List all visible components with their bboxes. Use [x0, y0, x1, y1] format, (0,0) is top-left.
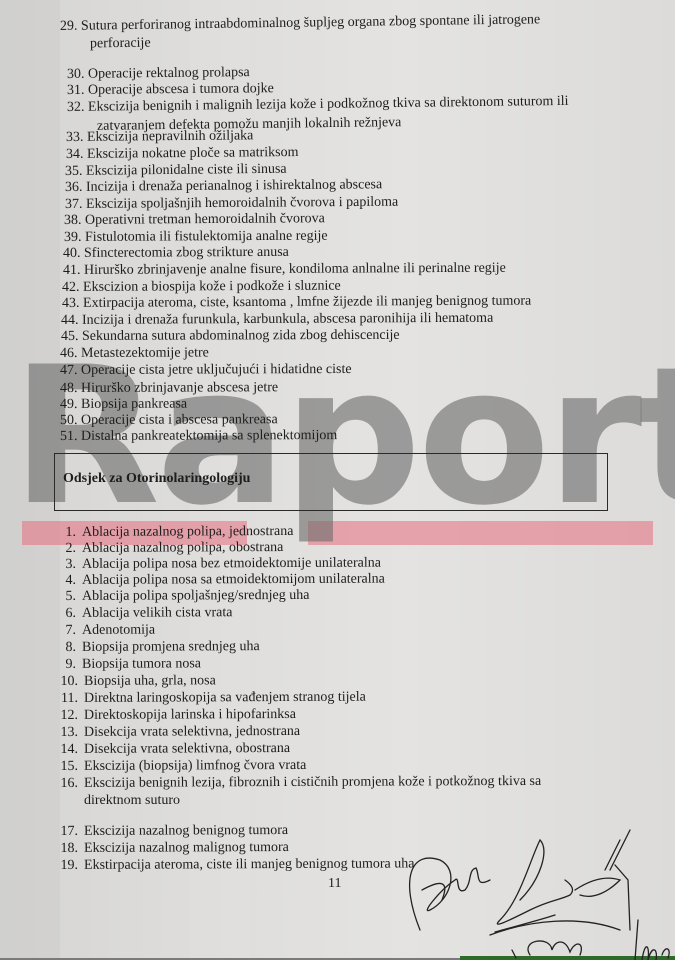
- list-item: 47. Operacije cista jetre uključujući i …: [60, 362, 352, 379]
- item-text: Fistulotomia ili fistulektomija analne r…: [85, 229, 328, 245]
- item-text: Adenotomija: [82, 623, 155, 638]
- item-text: Ekscizija spoljašnjih hemoroidalnih čvor…: [86, 195, 398, 212]
- item-number: 36.: [65, 180, 83, 196]
- item-text: Ablacija polipa nosa bez etmoidektomije …: [82, 556, 381, 572]
- item-number: 7.: [56, 623, 76, 639]
- item-text: Ekscizion a biospija kože i podkože i sl…: [83, 279, 341, 295]
- handwritten-signature: [380, 820, 675, 960]
- item-number: 6.: [56, 606, 76, 622]
- item-number: 16.: [58, 776, 78, 792]
- item-number: 19.: [58, 858, 78, 874]
- document-page: Raport 29. Sutura perforiranog intraabdo…: [0, 0, 675, 960]
- item-number: 46.: [60, 346, 78, 362]
- item-number: 51.: [60, 429, 78, 445]
- list-item: 18.Ekscizija nazalnog malignog tumora: [58, 840, 289, 857]
- list-item: 8.Biopsija promjena srednjeg uha: [56, 639, 260, 656]
- item-number: 45.: [61, 329, 79, 345]
- item-text: Operacije cista jetre uključujući i hida…: [81, 362, 352, 378]
- section-title: Odsjek za Otorinolaringologiju: [63, 471, 250, 487]
- item-number: 10.: [58, 674, 78, 690]
- list-item: 15.Ekscizija (biopsija) limfnog čvora vr…: [58, 758, 306, 775]
- item-number: 32.: [67, 100, 85, 116]
- item-continuation: perforacije: [90, 36, 151, 53]
- item-number: 2.: [56, 541, 76, 557]
- item-number: 18.: [58, 841, 78, 857]
- item-number: 11.: [58, 691, 78, 707]
- item-number: 33.: [66, 130, 84, 146]
- list-item: 40. Sfincterectomia zbog strikture anusa: [63, 245, 289, 262]
- list-item: 51. Distalna pankreatektomija sa splenek…: [60, 428, 337, 445]
- list-item: 4.Ablacija polipa nosa sa etmoidektomijo…: [56, 572, 385, 589]
- item-number: 15.: [58, 759, 78, 775]
- item-text: Incizija i drenaža perianalnog i ishirek…: [86, 177, 382, 195]
- list-item: 29. Sutura perforiranog intraabdominalno…: [60, 12, 540, 35]
- list-item: 5.Ablacija polipa spoljašnjeg/srednjeg u…: [56, 588, 310, 605]
- item-number: 4.: [56, 573, 76, 589]
- list-item: 9.Biopsija tumora nosa: [56, 656, 201, 673]
- item-text: Metastezektomije jetre: [81, 345, 209, 360]
- item-number: 31.: [67, 83, 85, 99]
- list-item: 46. Metastezektomije jetre: [60, 345, 209, 362]
- item-number: 8.: [56, 640, 76, 656]
- item-text: Ekstirpacija ateroma, ciste ili manjeg b…: [84, 856, 415, 872]
- list-item: 48. Hirurško zbrinjavanje abscesa jetre: [60, 380, 278, 397]
- item-text: Ekscizija (biopsija) limfnog čvora vrata: [84, 758, 306, 774]
- item-text: Biopsija tumora nosa: [82, 656, 201, 672]
- list-item: 2.Ablacija nazalnog polipa, obostrana: [56, 540, 283, 557]
- item-text: Direktna laringoskopija sa vađenjem stra…: [84, 690, 366, 706]
- item-text: Biopsija uha, grla, nosa: [84, 673, 216, 689]
- item-number: 17.: [58, 824, 78, 840]
- item-text: Sfincterectomia zbog strikture anusa: [84, 245, 289, 261]
- item-number: 29.: [60, 19, 78, 35]
- item-text: Hirurško zbrinjavanje abscesa jetre: [81, 380, 278, 396]
- list-item: 11.Direktna laringoskopija sa vađenjem s…: [58, 690, 366, 707]
- item-text: Ablacija velikih cista vrata: [82, 605, 233, 621]
- item-number: 50.: [60, 413, 78, 429]
- section-header-box: Odsjek za Otorinolaringologiju: [54, 453, 608, 511]
- item-text: Distalna pankreatektomija sa splenektomi…: [81, 428, 337, 444]
- list-item: 6.Ablacija velikih cista vrata: [56, 605, 233, 622]
- item-text: Hirurško zbrinjavenje analne fisure, kon…: [84, 261, 506, 278]
- item-text: Ekscizija nazalnog malignog tumora: [84, 840, 289, 856]
- list-item: 31. Operacije abscesa i tumora dojke: [67, 81, 274, 99]
- item-number: 47.: [60, 363, 78, 379]
- item-number: 43.: [62, 296, 80, 312]
- list-item: 19.Ekstirpacija ateroma, ciste ili manje…: [58, 856, 415, 874]
- item-number: 42.: [62, 280, 80, 296]
- list-item: 37. Ekscizija spoljašnjih hemoroidalnih …: [65, 195, 398, 213]
- page-number: 11: [328, 876, 341, 892]
- item-number: 30.: [67, 67, 85, 83]
- item-text: Sutura perforiranog intraabdominalnog šu…: [81, 12, 540, 33]
- item-continuation: direktnom suturo: [84, 793, 180, 809]
- item-text: Sekundarna sutura abdominalnog zida zbog…: [82, 328, 400, 344]
- item-text: Ablacija polipa nosa sa etmoidektomijom …: [82, 572, 385, 588]
- item-text: Ekscizija nokatne ploče sa matriksom: [87, 145, 299, 162]
- item-text: Operacije cista i abscesa pankreasa: [81, 412, 278, 428]
- item-text: Ablacija nazalnog polipa, jednostrana: [82, 524, 294, 540]
- list-item: 17.Ekscizija nazalnog benignog tumora: [58, 823, 288, 840]
- item-text: Extirpacija ateroma, ciste, ksantoma , l…: [83, 294, 531, 311]
- item-text: Operativni tretman hemoroidalnih čvorova: [85, 211, 325, 228]
- item-number: 14.: [58, 742, 78, 758]
- list-item: 10.Biopsija uha, grla, nosa: [58, 673, 216, 690]
- list-item: 39. Fistulotomia ili fistulektomija anal…: [64, 229, 328, 246]
- item-text: Direktoskopija larinska i hipofarinksa: [84, 707, 296, 723]
- item-number: 44.: [61, 313, 79, 329]
- item-text: Biopsija pankreasa: [81, 397, 187, 412]
- item-number: 39.: [64, 230, 82, 246]
- item-text: Incizija i drenaža furunkula, karbunkula…: [82, 311, 493, 328]
- list-item: 41. Hirurško zbrinjavenje analne fisure,…: [63, 261, 506, 279]
- list-item: 44. Incizija i drenaža furunkula, karbun…: [61, 311, 493, 329]
- item-text: Ablacija polipa spoljašnjeg/srednjeg uha: [82, 588, 310, 604]
- item-text: Ekscizija nepravilnih ožiljaka: [87, 128, 254, 144]
- item-text: Biopsija promjena srednjeg uha: [82, 639, 260, 655]
- list-item: 35. Ekscizija pilonidalne ciste ili sinu…: [65, 162, 287, 180]
- item-number: 49.: [60, 397, 78, 413]
- list-item: 3.Ablacija polipa nosa bez etmoidektomij…: [56, 556, 381, 573]
- item-text: Ekscizija benignih lezija, fibroznih i c…: [84, 774, 541, 791]
- list-item: 33. Ekscizija nepravilnih ožiljaka: [66, 128, 254, 146]
- item-number: 5.: [56, 589, 76, 605]
- list-item: 45. Sekundarna sutura abdominalnog zida …: [61, 328, 400, 345]
- item-number: 1.: [56, 525, 76, 541]
- list-item: 36. Incizija i drenaža perianalnog i ish…: [65, 177, 382, 196]
- item-number: 34.: [66, 147, 84, 163]
- item-number: 12.: [58, 708, 78, 724]
- list-item: 13.Disekcija vrata selektivna, jednostra…: [58, 724, 300, 741]
- list-item: 30. Operacije rektalnog prolapsa: [67, 65, 250, 83]
- list-item: 34. Ekscizija nokatne ploče sa matriksom: [66, 145, 299, 163]
- list-item: 1.Ablacija nazalnog polipa, jednostrana: [56, 524, 294, 541]
- list-item: 12.Direktoskopija larinska i hipofarinks…: [58, 707, 296, 724]
- item-text: Disekcija vrata selektivna, obostrana: [84, 741, 290, 757]
- item-number: 35.: [65, 164, 83, 180]
- item-number: 13.: [58, 725, 78, 741]
- list-item: 38. Operativni tretman hemoroidalnih čvo…: [64, 211, 325, 229]
- list-item: 49. Biopsija pankreasa: [60, 397, 187, 413]
- item-text: Operacije abscesa i tumora dojke: [88, 81, 274, 98]
- list-item: 43. Extirpacija ateroma, ciste, ksantoma…: [62, 294, 531, 312]
- item-text: Operacije rektalnog prolapsa: [88, 65, 250, 82]
- item-number: 41.: [63, 263, 81, 279]
- list-item: 14.Disekcija vrata selektivna, obostrana: [58, 741, 290, 758]
- item-text: Ekscizija pilonidalne ciste ili sinusa: [86, 162, 287, 179]
- item-text: Disekcija vrata selektivna, jednostrana: [84, 724, 300, 740]
- item-text: Ablacija nazalnog polipa, obostrana: [82, 540, 283, 556]
- list-item: 16.Ekscizija benignih lezija, fibroznih …: [58, 774, 541, 792]
- item-number: 48.: [60, 381, 78, 397]
- item-number: 40.: [63, 246, 81, 262]
- item-number: 9.: [56, 657, 76, 673]
- item-number: 3.: [56, 557, 76, 573]
- list-item: 50. Operacije cista i abscesa pankreasa: [60, 412, 278, 429]
- item-number: 37.: [65, 197, 83, 213]
- list-item: 42. Ekscizion a biospija kože i podkože …: [62, 279, 341, 296]
- item-text: Ekscizija nazalnog benignog tumora: [84, 823, 288, 839]
- item-number: 38.: [64, 213, 82, 229]
- list-item: 7.Adenotomija: [56, 623, 155, 639]
